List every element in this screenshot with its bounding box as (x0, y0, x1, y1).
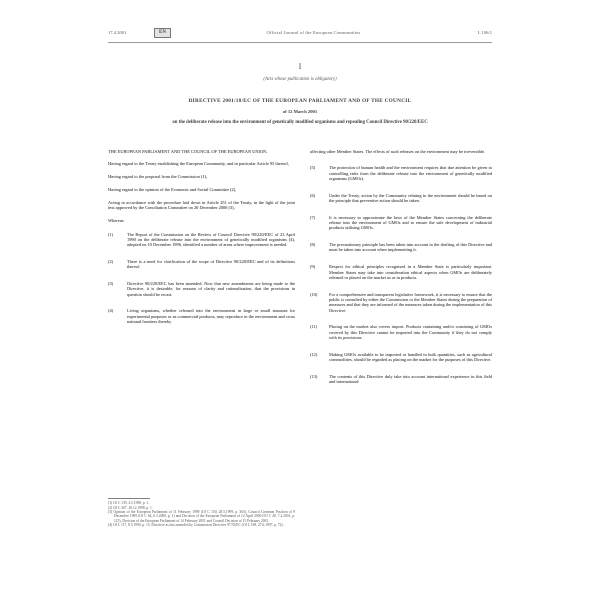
body-columns: THE EUROPEAN PARLIAMENT AND THE COUNCIL … (108, 149, 492, 528)
recital: (9) Respect for ethical principles recog… (310, 264, 492, 280)
recital-text: Making GMOs available to be imported or … (329, 352, 492, 363)
document-page: 17.4.2001 EN Official Journal of the Eur… (108, 28, 492, 528)
recital: (10) For a comprehensive and transparent… (310, 292, 492, 313)
recital-text: For a comprehensive and transparent legi… (329, 292, 492, 313)
directive-subtitle: on the deliberate release into the envir… (108, 120, 492, 126)
language-code-box: EN (154, 28, 171, 38)
recital-text: Living organisms, whether released into … (127, 308, 295, 324)
journal-header: 17.4.2001 EN Official Journal of the Eur… (108, 28, 492, 43)
recital: (7) It is necessary to approximate the l… (310, 215, 492, 231)
directive-title: DIRECTIVE 2001/18/EC OF THE EUROPEAN PAR… (108, 98, 492, 104)
recital-text: Respect for ethical principles recognise… (329, 264, 492, 280)
recital-number: (10) (310, 292, 323, 313)
recital: (13) The contents of this Directive duly… (310, 374, 492, 385)
recital: (1) The Report of the Commission on the … (108, 232, 295, 248)
recital-text: There is a need for clarification of the… (127, 259, 295, 270)
intro-paragraph: Having regard to the proposal from the C… (108, 174, 295, 179)
section-note: (Acts whose publication is obligatory) (108, 77, 492, 82)
recital-number: (5) (310, 165, 323, 181)
recital-number: (3) (108, 281, 121, 297)
recital: (2) There is a need for clarification of… (108, 259, 295, 270)
right-column: affecting other Member States. The effec… (310, 149, 492, 528)
recital: (6) Under the Treaty, action by the Comm… (310, 193, 492, 204)
section-numeral: I (108, 62, 492, 71)
recital-text: Placing on the market also covers import… (329, 324, 492, 340)
recital-number: (4) (108, 308, 121, 324)
footnote-divider (108, 498, 150, 499)
recital-text: It is necessary to approximate the laws … (329, 215, 492, 231)
title-block: DIRECTIVE 2001/18/EC OF THE EUROPEAN PAR… (108, 98, 492, 126)
recital: (12) Making GMOs available to be importe… (310, 352, 492, 363)
journal-title: Official Journal of the European Communi… (181, 30, 446, 35)
recital-number: (6) (310, 193, 323, 204)
intro-paragraph: Having regard to the Treaty establishing… (108, 161, 295, 166)
intro-paragraph: Having regard to the opinion of the Econ… (108, 187, 295, 192)
intro-paragraph: THE EUROPEAN PARLIAMENT AND THE COUNCIL … (108, 149, 295, 154)
recital-number: (11) (310, 324, 323, 340)
recital-number: (9) (310, 264, 323, 280)
section-marker: I (Acts whose publication is obligatory) (108, 62, 492, 82)
intro-paragraph: Acting in accordance with the procedure … (108, 200, 295, 211)
recital: (3) Directive 90/220/EEC has been amende… (108, 281, 295, 297)
footnotes-block: (1) OJ C 139, 4.5.1998, p. 1. (2) OJ C 4… (108, 498, 295, 528)
recital-number: (1) (108, 232, 121, 248)
recital-number: (2) (108, 259, 121, 270)
directive-date: of 12 March 2001 (108, 109, 492, 114)
recital-number: (7) (310, 215, 323, 231)
header-date: 17.4.2001 (108, 30, 154, 35)
recital-text: The contents of this Directive duly take… (329, 374, 492, 385)
footnote: (3) Opinion of the European Parliament o… (108, 510, 295, 523)
header-page-reference: L 106/1 (446, 30, 492, 35)
left-column: THE EUROPEAN PARLIAMENT AND THE COUNCIL … (108, 149, 295, 528)
recital-number: (8) (310, 242, 323, 253)
recital-text: Under the Treaty, action by the Communit… (329, 193, 492, 204)
recital: (4) Living organisms, whether released i… (108, 308, 295, 324)
footnote: (4) OJ L 117, 8.5.1990, p. 15. Directive… (108, 523, 295, 527)
whereas-label: Whereas: (108, 218, 295, 223)
recital: (5) The protection of human health and t… (310, 165, 492, 181)
recital-number: (13) (310, 374, 323, 385)
recital: (8) The precautionary principle has been… (310, 242, 492, 253)
recital-text: The Report of the Commission on the Revi… (127, 232, 295, 248)
recital-continuation: affecting other Member States. The effec… (310, 149, 492, 154)
recital-text: The precautionary principle has been tak… (329, 242, 492, 253)
recital-text: The protection of human health and the e… (329, 165, 492, 181)
recital-text: Directive 90/220/EEC has been amended. N… (127, 281, 295, 297)
recital-number: (12) (310, 352, 323, 363)
recital: (11) Placing on the market also covers i… (310, 324, 492, 340)
